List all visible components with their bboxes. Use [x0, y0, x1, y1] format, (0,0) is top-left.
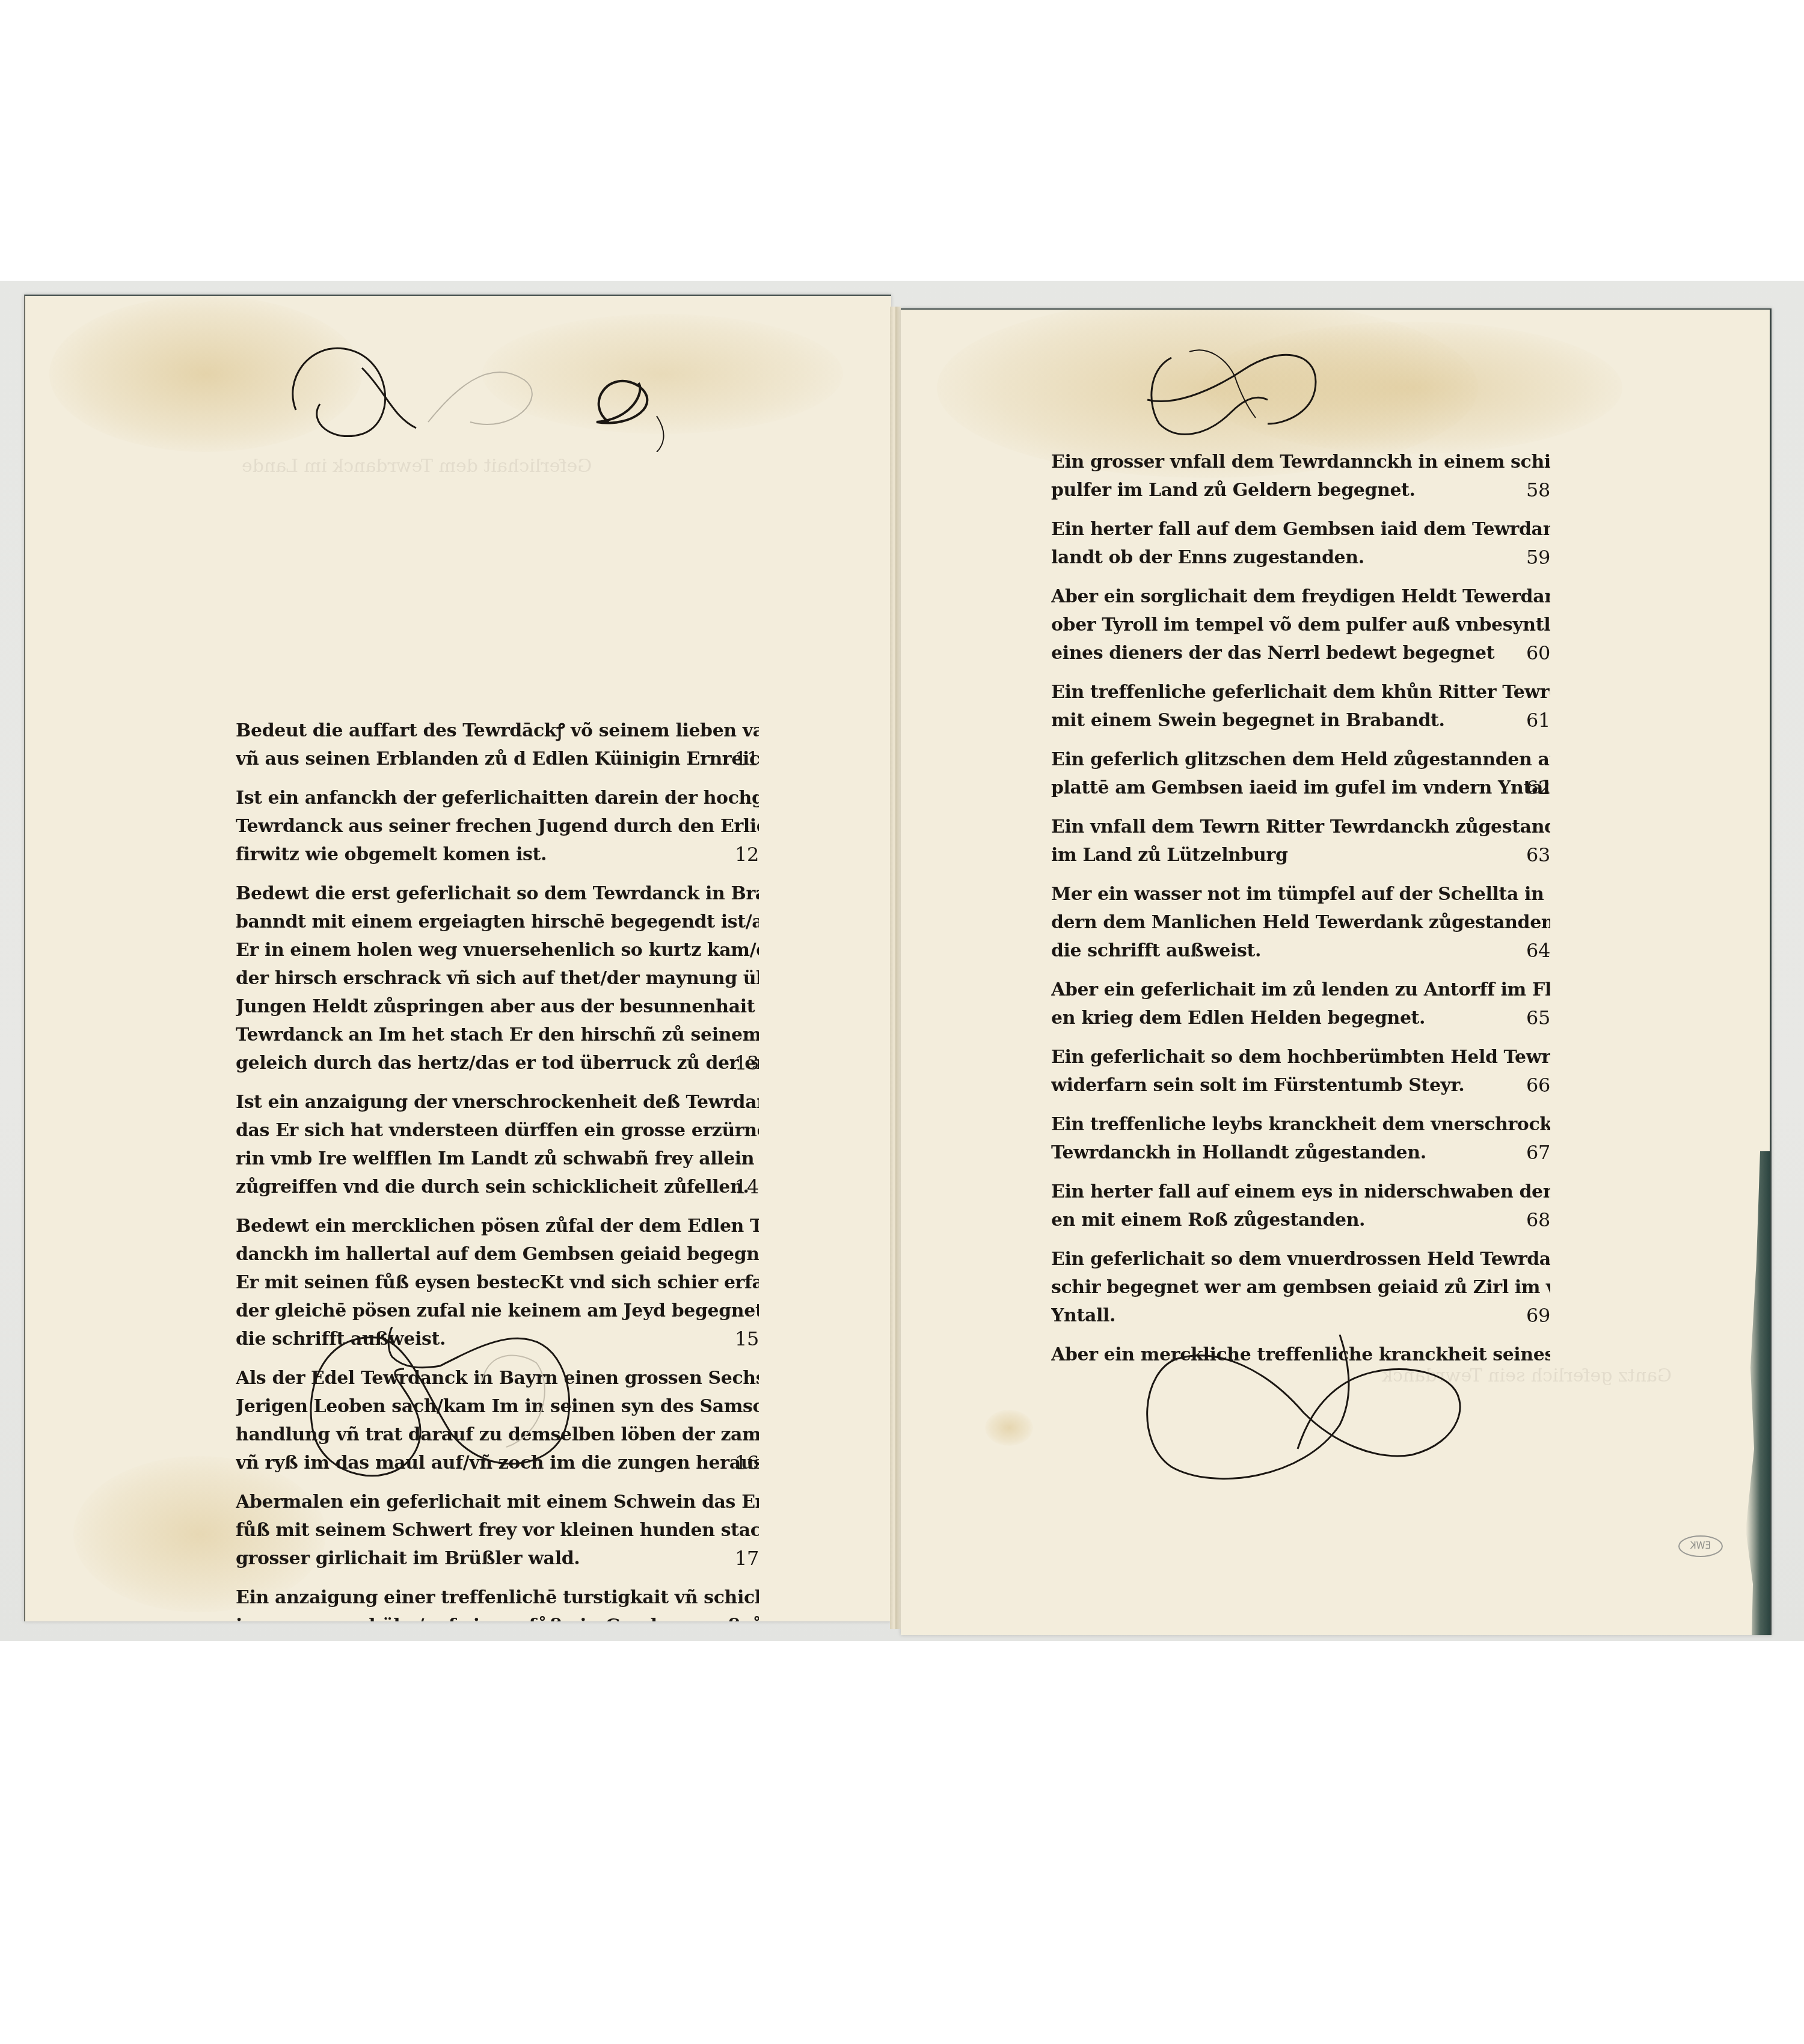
entry-line: grosser girlichait im Brüßler wald. — [236, 1544, 759, 1573]
page-number-ref: 14 — [735, 1173, 759, 1201]
entry-line: der gleichē pösen zufal nie keinem am Je… — [236, 1297, 759, 1325]
entry-line: das Er sich hat vndersteen dürffen ein g… — [236, 1116, 759, 1145]
entry-line: Tewrdanck an Im het stach Er den hirschñ… — [236, 1021, 759, 1049]
index-entry: Ein herter fall auf dem Gembsen iaid dem… — [1051, 515, 1550, 572]
entry-line: Abermalen ein geferlichait mit einem Sch… — [236, 1488, 759, 1516]
entry-line: in so grosser höhe/auf einem fůß ein Gem… — [236, 1612, 759, 1621]
page-number-ref: 15 — [735, 1325, 759, 1353]
entry-line: schir begegnet wer am gembsen geiaid zů … — [1051, 1273, 1550, 1302]
show-through-text: Geferlichait dem Tewrdanck im Lande — [242, 452, 592, 480]
index-entry: Ein treffenliche leybs kranckheit dem vn… — [1051, 1110, 1550, 1167]
entry-line: danckh im hallertal auf dem Gembsen geia… — [236, 1240, 759, 1268]
entry-line: en krieg dem Edlen Helden begegnet. — [1051, 1004, 1550, 1032]
entry-line: Bedewt ein mercklichen pösen zůfal der d… — [236, 1212, 759, 1240]
entry-line: vñ aus seinen Erblanden zů d Edlen Küini… — [236, 745, 759, 773]
entry-line: plattē am Gembsen iaeid im gufel im vnde… — [1051, 774, 1550, 802]
page-number-ref: 62 — [1526, 774, 1550, 802]
right-page: Gantz geferlich sein Tewrdanck Ein gross… — [901, 308, 1772, 1635]
entry-line: Jungen Heldt zůspringen aber aus der bes… — [236, 993, 759, 1021]
entry-line: im Land zů Lützelnburg — [1051, 841, 1550, 869]
right-page-index: Ein grosser vnfall dem Tewrdannckh in ei… — [1051, 448, 1550, 1380]
water-stain — [985, 1410, 1033, 1446]
entry-line: Ein geferlichait so dem hochberümbten He… — [1051, 1043, 1550, 1071]
entry-line: Ein geferlich glitzschen dem Held zůgest… — [1051, 745, 1550, 774]
page-number-ref: 63 — [1526, 841, 1550, 869]
entry-line: widerfarn sein solt im Fürstentumb Steyr… — [1051, 1071, 1550, 1100]
collection-stamp: EWK — [1678, 1535, 1723, 1557]
entry-line: geleich durch das hertz/das er tod überr… — [236, 1049, 759, 1077]
page-number-ref: 58 — [1526, 476, 1550, 504]
edge-mold-stain — [1746, 1151, 1770, 1635]
page-number-ref: 17 — [735, 1544, 759, 1573]
entry-line: Tewrdanckh in Hollandt zůgestanden. — [1051, 1139, 1550, 1167]
page-number-ref: 12 — [735, 840, 759, 869]
entry-line: pulfer im Land zů Geldern begegnet. — [1051, 476, 1550, 504]
page-number-ref: 67 — [1526, 1139, 1550, 1167]
entry-line: dern dem Manlichen Held Tewerdank zůgest… — [1051, 908, 1550, 937]
index-entry: Ein treffenliche geferlichait dem khůn R… — [1051, 678, 1550, 735]
page-number-ref: 59 — [1526, 543, 1550, 572]
entry-line: Bedewt die erst geferlichait so dem Tewr… — [236, 880, 759, 908]
index-entry: Mer ein wasser not im tümpfel auf der Sc… — [1051, 880, 1550, 965]
entry-line: en mit einem Roß zůgestanden. — [1051, 1206, 1550, 1234]
entry-line: Ein herter fall auf einem eys in nidersc… — [1051, 1178, 1550, 1206]
entry-line: zůgreiffen vnd die durch sein schicklich… — [236, 1173, 759, 1201]
page-number-ref: 65 — [1526, 1004, 1550, 1032]
entry-line: Ist ein anzaigung der vnerschrockenheit … — [236, 1088, 759, 1116]
page-number-ref: 16 — [735, 1449, 759, 1477]
top-flourish-ornament — [272, 332, 729, 452]
left-page: Geferlichait dem Tewrdanck im Lande Bede… — [24, 295, 891, 1621]
entry-line: Er mit seinen fůß eysen bestecKt vnd sic… — [236, 1268, 759, 1297]
index-entry: Aber ein sorglichait dem freydigen Heldt… — [1051, 583, 1550, 667]
entry-line: landt ob der Enns zugestanden. — [1051, 543, 1550, 572]
index-entry: Abermalen ein geferlichait mit einem Sch… — [236, 1488, 759, 1573]
page-number-ref: 68 — [1526, 1206, 1550, 1234]
entry-line: banndt mit einem ergeiagten hirschē bege… — [236, 908, 759, 936]
page-number-ref: 66 — [1526, 1071, 1550, 1100]
index-entry: Ist ein anzaigung der vnerschrockenheit … — [236, 1088, 759, 1201]
index-entry: Aber ein geferlichait im zů lenden zu An… — [1051, 976, 1550, 1032]
entry-line: Aber ein geferlichait im zů lenden zu An… — [1051, 976, 1550, 1004]
entry-line: Ist ein anfanckh der geferlichaitten dar… — [236, 784, 759, 812]
index-entry: Ein grosser vnfall dem Tewrdannckh in ei… — [1051, 448, 1550, 504]
entry-line: Yntall. — [1051, 1302, 1550, 1330]
page-number-ref: 13 — [735, 1049, 759, 1077]
bottom-flourish-ornament — [1123, 1335, 1496, 1491]
page-number-ref: 11 — [735, 745, 759, 773]
entry-line: Tewrdanck aus seiner frechen Jugend durc… — [236, 812, 759, 840]
entry-line: rin vmb Ire welfflen Im Landt zů schwabñ… — [236, 1145, 759, 1173]
top-flourish-ornament — [1087, 334, 1388, 448]
entry-line: Ein anzaigung einer treffenlichē turstig… — [236, 1583, 759, 1612]
index-entry: Bedeut die auffart des Tewrdāckꝭ võ sein… — [236, 717, 759, 773]
page-number-ref: 64 — [1526, 937, 1550, 965]
entry-line: firwitz wie obgemelt komen ist. — [236, 840, 759, 869]
entry-line: Ein vnfall dem Tewrn Ritter Tewrdanckh z… — [1051, 813, 1550, 841]
index-entry: Bedewt die erst geferlichait so dem Tewr… — [236, 880, 759, 1077]
entry-line: Ein geferlichait so dem vnuerdrossen Hel… — [1051, 1245, 1550, 1273]
entry-line: die schrifft außweist. — [1051, 937, 1550, 965]
index-entry: Ein geferlichait so dem vnuerdrossen Hel… — [1051, 1245, 1550, 1330]
page-number-ref: 61 — [1526, 706, 1550, 735]
entry-line: eines dieners der das Nerrl bedewt begeg… — [1051, 639, 1550, 667]
entry-line: Ein herter fall auf dem Gembsen iaid dem… — [1051, 515, 1550, 543]
index-entry: Ein vnfall dem Tewrn Ritter Tewrdanckh z… — [1051, 813, 1550, 869]
index-entry: Ein anzaigung einer treffenlichē turstig… — [236, 1583, 759, 1621]
entry-line: Er in einem holen weg vnuersehenlich so … — [236, 936, 759, 964]
index-entry: Ist ein anfanckh der geferlichaitten dar… — [236, 784, 759, 869]
entry-line: Mer ein wasser not im tümpfel auf der Sc… — [1051, 880, 1550, 908]
index-entry: Ein herter fall auf einem eys in nidersc… — [1051, 1178, 1550, 1234]
book-gutter — [890, 307, 901, 1629]
index-entry: Ein geferlichait so dem hochberümbten He… — [1051, 1043, 1550, 1100]
entry-line: ober Tyroll im tempel võ dem pulfer auß … — [1051, 611, 1550, 639]
entry-line: fůß mit seinem Schwert frey vor kleinen … — [236, 1516, 759, 1544]
entry-line: mit einem Swein begegnet in Brabandt. — [1051, 706, 1550, 735]
entry-line: Ein treffenliche leybs kranckheit dem vn… — [1051, 1110, 1550, 1139]
entry-line: Ein grosser vnfall dem Tewrdannckh in ei… — [1051, 448, 1550, 476]
entry-line: Aber ein sorglichait dem freydigen Heldt… — [1051, 583, 1550, 611]
index-entry: Ein geferlich glitzschen dem Held zůgest… — [1051, 745, 1550, 802]
entry-line: Bedeut die auffart des Tewrdāckꝭ võ sein… — [236, 717, 759, 745]
entry-line: der hirsch erschrack vñ sich auf thet/de… — [236, 964, 759, 993]
page-number-ref: 60 — [1526, 639, 1550, 667]
entry-line: Ein treffenliche geferlichait dem khůn R… — [1051, 678, 1550, 706]
bottom-flourish-ornament — [290, 1327, 651, 1489]
page-number-ref: 69 — [1526, 1302, 1550, 1330]
